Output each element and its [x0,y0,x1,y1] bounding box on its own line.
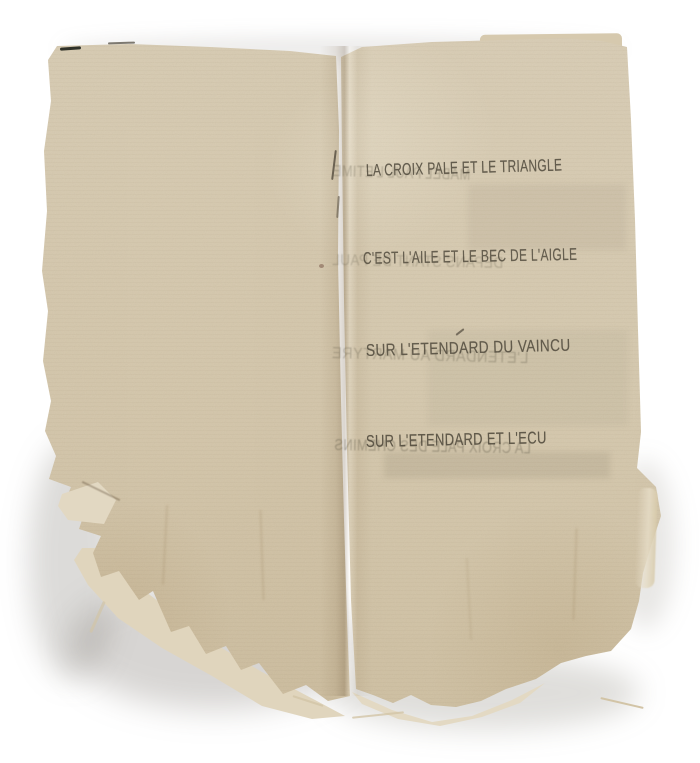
paper-fibre [89,601,106,633]
stain-spot [319,264,324,268]
ink-mark-top-left [108,42,135,45]
fibre-tuft-right-edge [634,488,657,589]
binding-stitch [336,196,340,218]
paper-fibre [600,697,643,709]
photograph: MABEL PAUL L'ETIME DEPANS STANT DE PAUL … [0,0,700,763]
handwritten-line-4: SUR L'ETENDARD ET L'ECU [366,428,547,452]
handwritten-line-2: C'EST L'AILE ET LE BEC DE L'AIGLE [363,245,578,269]
